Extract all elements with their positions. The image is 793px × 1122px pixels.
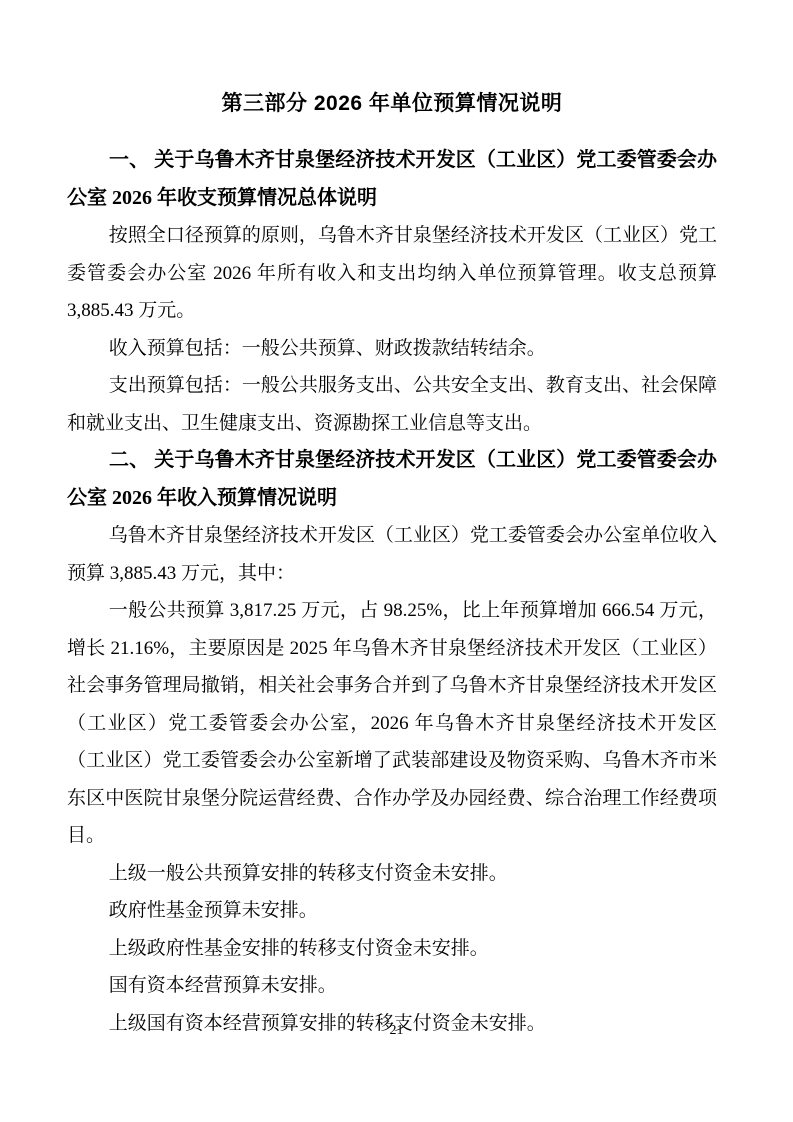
document-content: 第三部分 2026 年单位预算情况说明 一、 关于乌鲁木齐甘泉堡经济技术开发区（… xyxy=(67,88,717,1042)
section-1: 一、 关于乌鲁木齐甘泉堡经济技术开发区（工业区）党工委管委会办公室 2026 年… xyxy=(67,142,717,442)
page-number: 21 xyxy=(0,1023,793,1039)
section-2-paragraph-income-total: 乌鲁木齐甘泉堡经济技术开发区（工业区）党工委管委会办公室单位收入预算 3,885… xyxy=(67,517,717,592)
section-2-paragraph-general-budget-detail: 一般公共预算 3,817.25 万元，占 98.25%，比上年预算增加 666.… xyxy=(67,592,717,855)
document-title: 第三部分 2026 年单位预算情况说明 xyxy=(67,88,717,120)
section-2: 二、 关于乌鲁木齐甘泉堡经济技术开发区（工业区）党工委管委会办公室 2026 年… xyxy=(67,442,717,1042)
document-page: 第三部分 2026 年单位预算情况说明 一、 关于乌鲁木齐甘泉堡经济技术开发区（… xyxy=(0,0,793,1122)
section-2-heading: 二、 关于乌鲁木齐甘泉堡经济技术开发区（工业区）党工委管委会办公室 2026 年… xyxy=(67,442,717,517)
section-2-paragraph-transfer-payment: 上级一般公共预算安排的转移支付资金未安排。 xyxy=(67,855,717,893)
section-1-paragraph-overview: 按照全口径预算的原则，乌鲁木齐甘泉堡经济技术开发区（工业区）党工委管委会办公室 … xyxy=(67,217,717,330)
section-2-paragraph-state-capital: 国有资本经营预算未安排。 xyxy=(67,967,717,1005)
section-2-paragraph-gov-fund: 政府性基金预算未安排。 xyxy=(67,892,717,930)
section-1-paragraph-expense-scope: 支出预算包括：一般公共服务支出、公共安全支出、教育支出、社会保障和就业支出、卫生… xyxy=(67,367,717,442)
section-1-paragraph-income-scope: 收入预算包括：一般公共预算、财政拨款结转结余。 xyxy=(67,330,717,368)
section-2-paragraph-gov-fund-transfer: 上级政府性基金安排的转移支付资金未安排。 xyxy=(67,930,717,968)
section-1-heading: 一、 关于乌鲁木齐甘泉堡经济技术开发区（工业区）党工委管委会办公室 2026 年… xyxy=(67,142,717,217)
